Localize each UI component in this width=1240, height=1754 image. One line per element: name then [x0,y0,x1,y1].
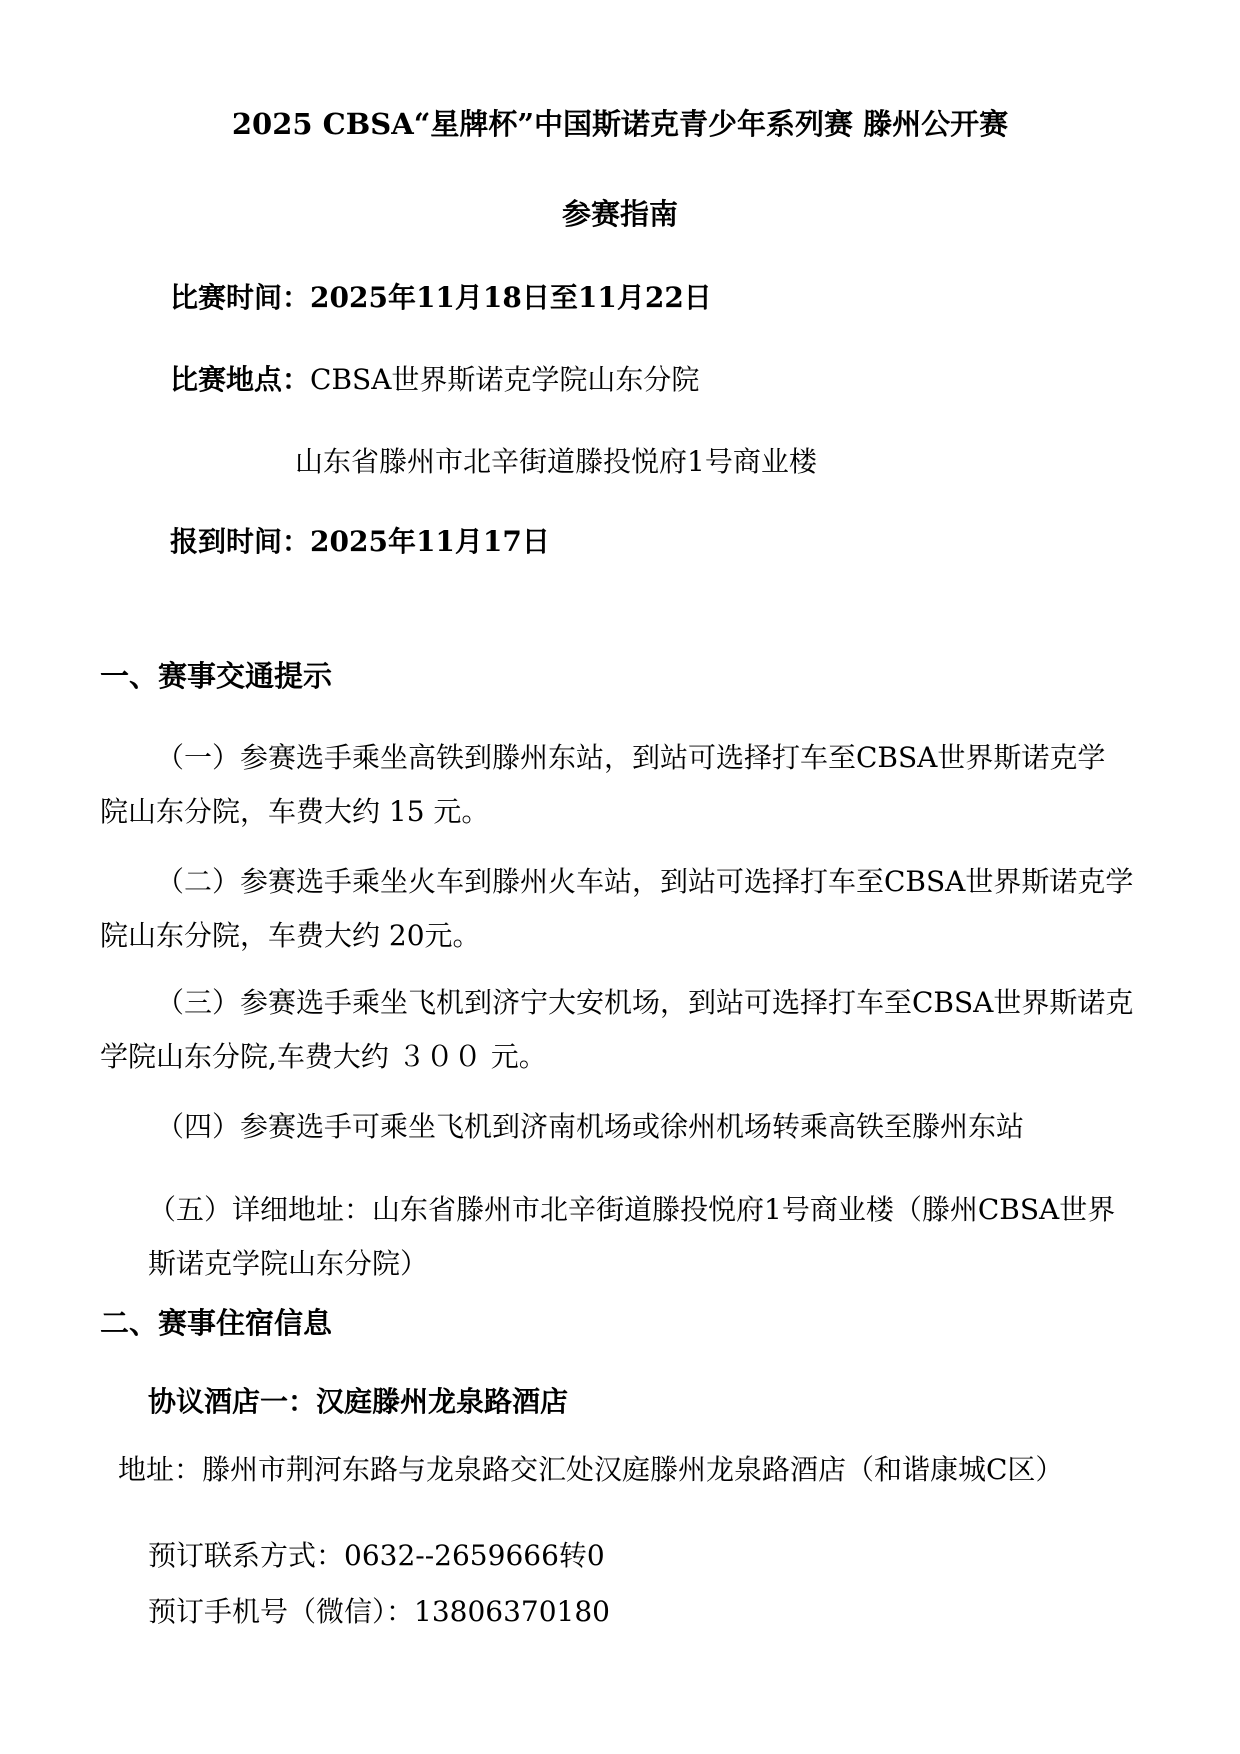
match-time-value: 2025年11月18日至11月22日 [310,281,712,314]
booking-mobile-line: 预订手机号（微信）：13806370180 [148,1594,610,1630]
venue-address-line: 山东省滕州市北辛街道滕投悦府1号商业楼 [295,444,817,480]
traffic-paragraph-5: （五）详细地址：山东省滕州市北辛街道滕投悦府1号商业楼（滕州CBSA世界 斯诺克… [148,1183,1148,1291]
checkin-time-value: 2025年11月17日 [310,525,550,558]
section-heading-traffic: 一、赛事交通提示 [100,658,332,694]
hotel-address-line: 地址：滕州市荆河东路与龙泉路交汇处汉庭滕州龙泉路酒店（和谐康城C区） [118,1452,1063,1488]
traffic-paragraph-1: （一）参赛选手乘坐高铁到滕州东站，到站可选择打车至CBSA世界斯诺克学 院山东分… [100,731,1190,839]
document-subtitle: 参赛指南 [0,196,1240,232]
traffic-paragraph-3: （三）参赛选手乘坐飞机到济宁大安机场，到站可选择打车至CBSA世界斯诺克 学院山… [100,976,1190,1084]
traffic-paragraph-4: （四）参赛选手可乘坐飞机到济南机场或徐州机场转乘高铁至滕州东站 [100,1100,1190,1154]
checkin-time-line: 报到时间：2025年11月17日 [170,524,550,560]
match-venue-label: 比赛地点： [170,363,310,396]
match-venue-line: 比赛地点：CBSA世界斯诺克学院山东分院 [170,362,699,398]
hotel-name-line: 协议酒店一：汉庭滕州龙泉路酒店 [148,1384,568,1420]
match-venue-value: CBSA世界斯诺克学院山东分院 [310,363,699,396]
checkin-time-label: 报到时间： [170,525,310,558]
traffic-paragraph-2: （二）参赛选手乘坐火车到滕州火车站，到站可选择打车至CBSA世界斯诺克学 院山东… [100,855,1190,963]
booking-phone-line: 预订联系方式：0632--2659666转0 [148,1538,605,1574]
document-title: 2025 CBSA“星牌杯”中国斯诺克青少年系列赛 滕州公开赛 [0,106,1240,142]
section-heading-hotel: 二、赛事住宿信息 [100,1305,332,1341]
match-time-line: 比赛时间：2025年11月18日至11月22日 [170,280,712,316]
document-page: 2025 CBSA“星牌杯”中国斯诺克青少年系列赛 滕州公开赛 参赛指南 比赛时… [0,0,1240,1754]
match-time-label: 比赛时间： [170,281,310,314]
